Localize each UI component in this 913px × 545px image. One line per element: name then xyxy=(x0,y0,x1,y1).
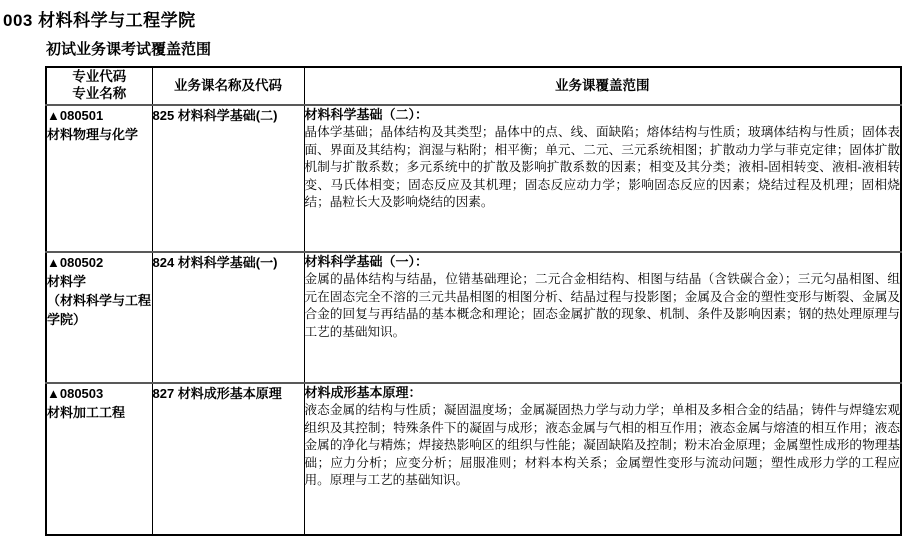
major-name: 材料加工工程 xyxy=(47,403,152,422)
major-code: ▲080502 xyxy=(47,253,152,272)
coverage-title: 材料科学基础（二）： xyxy=(305,106,901,124)
header-course-name-code: 业务课名称及代码 xyxy=(152,67,304,105)
table-caption: 初试业务课考试覆盖范围 xyxy=(46,38,211,59)
course-cell: 825 材料科学基础(二) xyxy=(152,105,304,252)
table-row: ▲080501 材料物理与化学 825 材料科学基础(二) 材料科学基础（二）：… xyxy=(46,105,901,252)
table-row: ▲080502 材料学 （材料科学与工程学院） 824 材料科学基础(一) 材料… xyxy=(46,252,901,383)
coverage-body: 液态金属的结构与性质；凝固温度场；金属凝固热力学与动力学；单相及多相合金的结晶；… xyxy=(305,402,901,490)
course-cell: 827 材料成形基本原理 xyxy=(152,383,304,535)
table-row: ▲080503 材料加工工程 827 材料成形基本原理 材料成形基本原理： 液态… xyxy=(46,383,901,535)
major-code: ▲080501 xyxy=(47,106,152,125)
coverage-cell: 材料科学基础（一）： 金属的晶体结构与结晶，位错基础理论；二元合金相结构、相图与… xyxy=(304,252,901,383)
coverage-cell: 材料成形基本原理： 液态金属的结构与性质；凝固温度场；金属凝固热力学与动力学；单… xyxy=(304,383,901,535)
page-title: 003 材料科学与工程学院 xyxy=(3,6,196,31)
coverage-title: 材料科学基础（一）： xyxy=(305,253,901,271)
major-cell: ▲080501 材料物理与化学 xyxy=(46,105,152,252)
document-page: 003 材料科学与工程学院 初试业务课考试覆盖范围 专业代码 专业名称 业务课名… xyxy=(0,0,913,545)
course-cell: 824 材料科学基础(一) xyxy=(152,252,304,383)
coverage-body: 金属的晶体结构与结晶，位错基础理论；二元合金相结构、相图与结晶（含铁碳合金）；三… xyxy=(305,271,901,341)
coverage-cell: 材料科学基础（二）： 晶体学基础；晶体结构及其类型；晶体中的点、线、面缺陷；熔体… xyxy=(304,105,901,252)
coverage-table: 专业代码 专业名称 业务课名称及代码 业务课覆盖范围 ▲080501 材料物理与… xyxy=(45,66,902,536)
major-cell: ▲080502 材料学 （材料科学与工程学院） xyxy=(46,252,152,383)
header-coverage-scope: 业务课覆盖范围 xyxy=(304,67,901,105)
table-header-row: 专业代码 专业名称 业务课名称及代码 业务课覆盖范围 xyxy=(46,67,901,105)
coverage-body: 晶体学基础；晶体结构及其类型；晶体中的点、线、面缺陷；熔体结构与性质；玻璃体结构… xyxy=(305,124,901,212)
major-code: ▲080503 xyxy=(47,384,152,403)
major-name: 材料物理与化学 xyxy=(47,125,152,144)
major-name: 材料学 xyxy=(47,272,152,291)
major-cell: ▲080503 材料加工工程 xyxy=(46,383,152,535)
header-major-code-name: 专业代码 专业名称 xyxy=(46,67,152,105)
coverage-title: 材料成形基本原理： xyxy=(305,384,901,402)
major-name-extra: （材料科学与工程学院） xyxy=(47,291,152,329)
header-major-line2: 专业名称 xyxy=(47,86,152,103)
header-major-line1: 专业代码 xyxy=(47,69,152,86)
